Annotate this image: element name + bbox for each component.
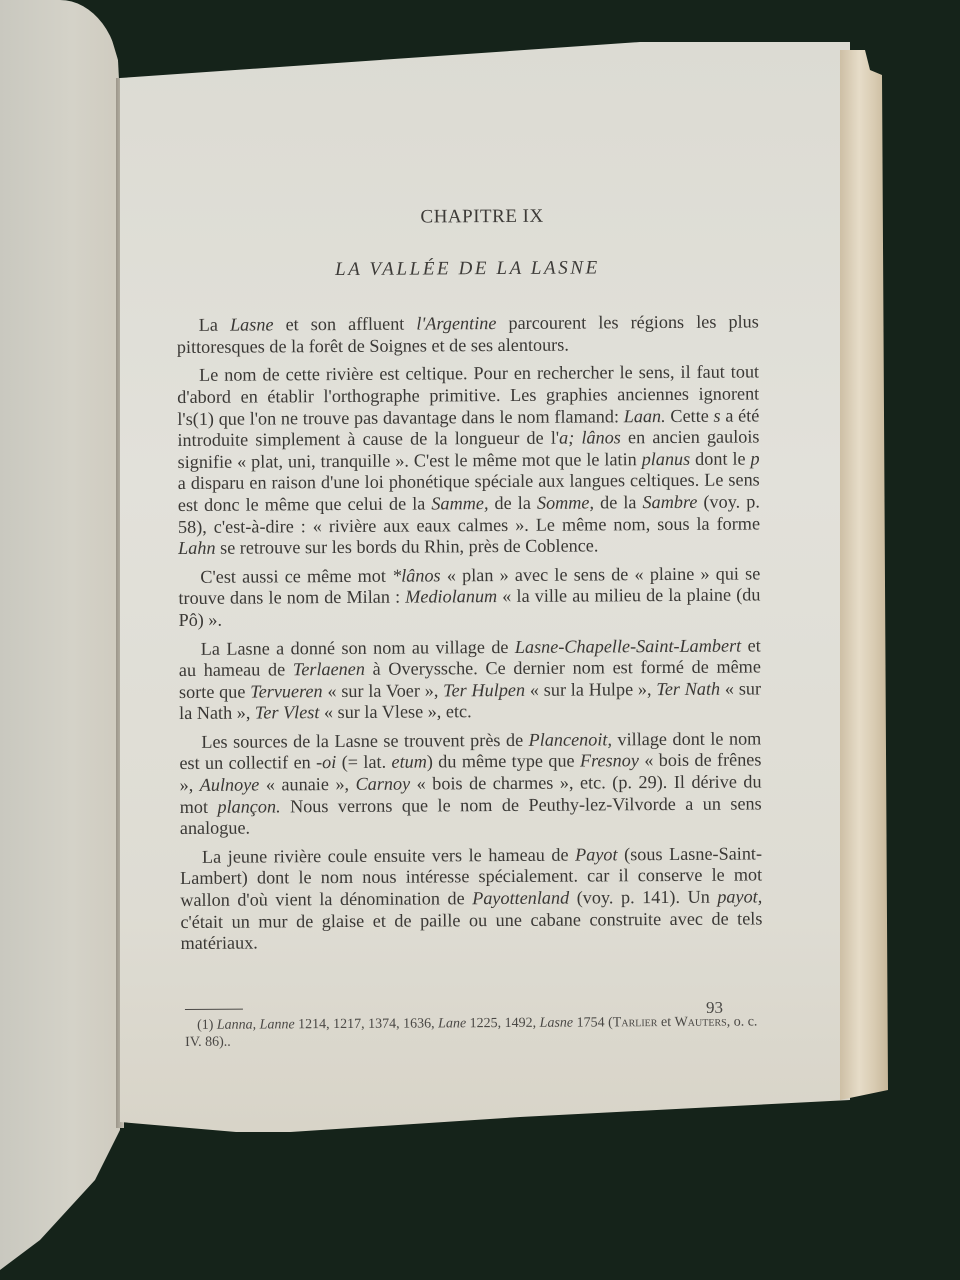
paragraph: Le nom de cette rivière est celtique. Po… — [177, 362, 760, 560]
paragraph: C'est aussi ce même mot *lânos « plan » … — [178, 563, 760, 631]
body-paragraphs: La Lasne et son affluent l'Argentine par… — [177, 312, 763, 955]
chapter-label: CHAPITRE IX — [206, 204, 758, 229]
chapter-title: LA VALLÉE DE LA LASNE — [176, 256, 758, 281]
paragraph: La jeune rivière coule ensuite vers le h… — [180, 843, 763, 955]
footnote: (1) Lanna, Lanne 1214, 1217, 1374, 1636,… — [185, 1013, 763, 1051]
left-page — [0, 0, 120, 1280]
page-number: 93 — [706, 998, 723, 1018]
page-text: CHAPITRE IX LA VALLÉE DE LA LASNE La Las… — [176, 196, 763, 1050]
paragraph: La Lasne a donné son nom au village de L… — [179, 635, 762, 725]
footnote-divider — [185, 1008, 243, 1009]
paragraph: Les sources de la Lasne se trouvent près… — [179, 728, 762, 840]
page-edges — [840, 50, 888, 1100]
paragraph: La Lasne et son affluent l'Argentine par… — [177, 312, 759, 359]
